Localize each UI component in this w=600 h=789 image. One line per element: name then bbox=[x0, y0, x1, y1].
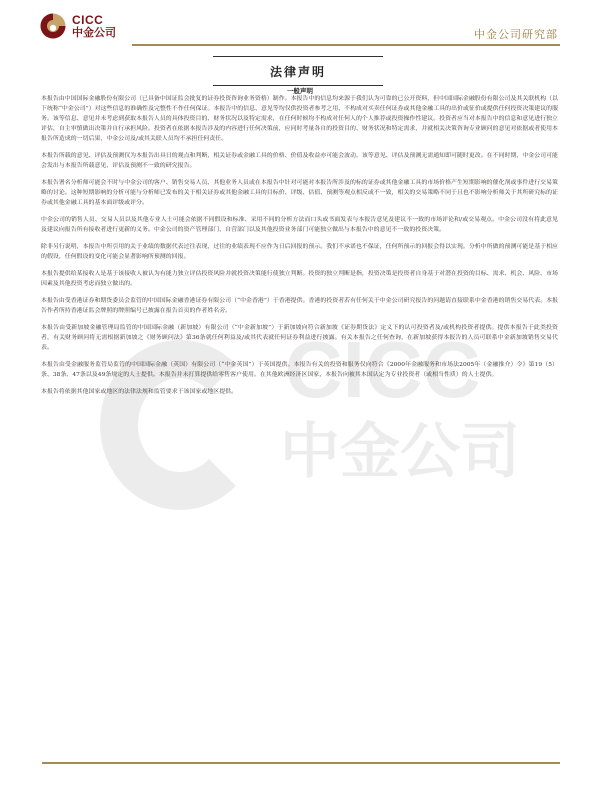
cicc-logo: CICC 中金公司 bbox=[40, 13, 116, 39]
logo-text-en: CICC bbox=[72, 14, 116, 26]
logo-text-cn: 中金公司 bbox=[72, 27, 116, 38]
cicc-logo-icon bbox=[40, 13, 66, 39]
paragraph: 本报告提供给某接收人是基于该接收人被认为有能力独立评估投资风险并就投资决策能行使… bbox=[41, 269, 558, 289]
page-header: CICC 中金公司 中金公司研究部 bbox=[0, 0, 600, 50]
paragraph: 本报告将依据其他国家或地区的法律法规和监管要求于该国家或地区提供。 bbox=[41, 387, 558, 397]
paragraph: 本报告由受香港证券和期货委员会监管的中国国际金融香港证券有限公司（“中金香港”）… bbox=[41, 296, 558, 316]
title-block: 法律声明 bbox=[213, 56, 383, 86]
paragraph: 除非另行说明，本报告中所引用的关于业绩的数据代表过往表现，过往的业绩表现不应作为… bbox=[41, 242, 558, 262]
footer-watermark-mark bbox=[500, 781, 580, 787]
paragraph: 本报告由受金融服务监管局监管的中国国际金融（英国）有限公司（“中金英国”）于英国… bbox=[41, 360, 558, 380]
page-title: 法律声明 bbox=[213, 57, 383, 85]
paragraph: 本报告所载的意见、评估及预测仅为本报告出具日的观点和判断，相关证券或金融工具的价… bbox=[41, 151, 558, 171]
header-divider bbox=[132, 44, 560, 46]
disclaimer-body: 本报告由中国国际金融股份有限公司（已具备中国证监会批复的证券投资咨询业务资格）制… bbox=[41, 94, 558, 404]
paragraph: 本报告署名分析师可能会不时与中金公司的客户、销售交易人员、其他业务人员或在本报告… bbox=[41, 178, 558, 208]
department-label: 中金公司研究部 bbox=[474, 26, 558, 42]
paragraph: 本报告由受新加坡金融管理局监管的中国国际金融（新加坡）有限公司（“中金新加坡”）… bbox=[41, 323, 558, 353]
paragraph: 本报告由中国国际金融股份有限公司（已具备中国证监会批复的证券投资咨询业务资格）制… bbox=[41, 94, 558, 144]
footer-divider bbox=[42, 762, 560, 764]
watermark-text-cn: 中金公司 bbox=[280, 422, 520, 482]
paragraph: 中金公司的销售人员、交易人员以及其他专业人士可能会依据不同假设和标准、采用不同的… bbox=[41, 215, 558, 235]
